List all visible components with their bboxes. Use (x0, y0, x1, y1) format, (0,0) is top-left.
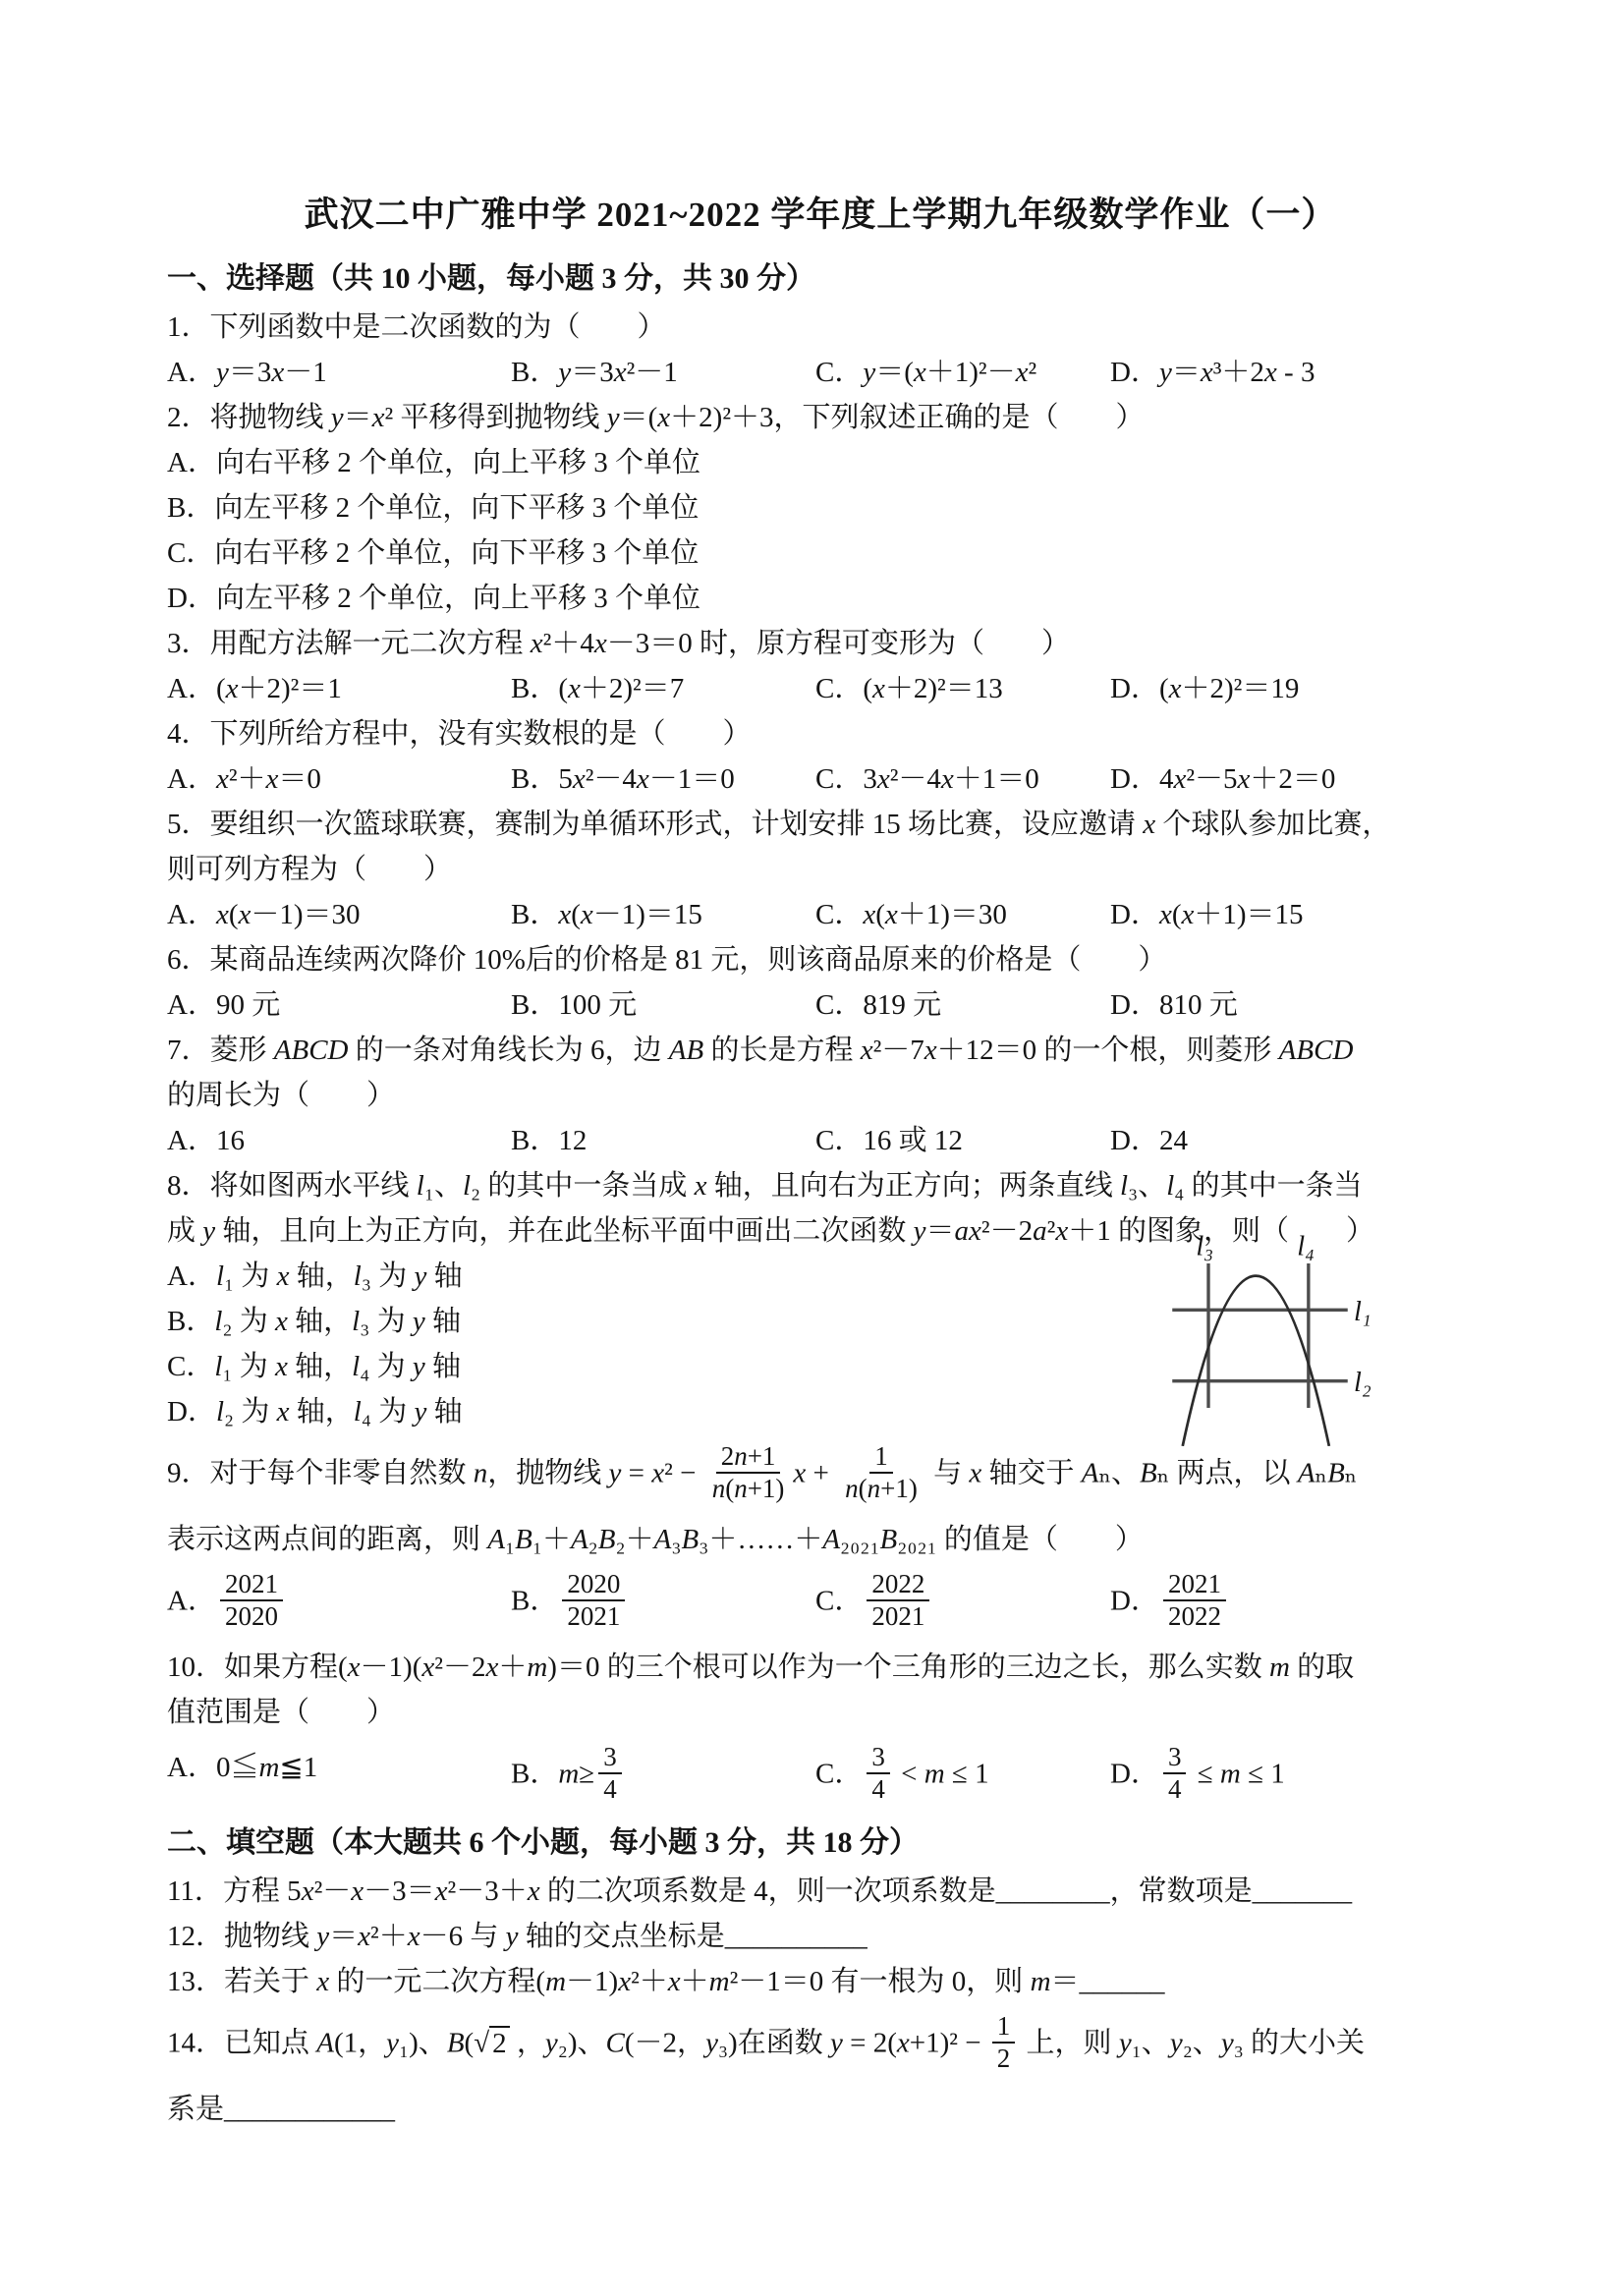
q7-stem-line2: 的周长为（ ） (167, 1073, 1474, 1118)
q9-stem-line1: 9．对于每个非零自然数 n，抛物线 y = x² − 2n+1n(n+1)x +… (167, 1434, 1474, 1517)
q1-options: A．y＝3x－1 B．y＝3x²－1 C．y＝(x＋1)²－x² D．y＝x³＋… (167, 350, 1474, 395)
label-l1: l₁ (1354, 1297, 1371, 1327)
q2-option-c: C．向右平移 2 个单位，向下平移 3 个单位 (167, 531, 1474, 576)
worksheet-content: 武汉二中广雅中学 2021~2022 学年度上学期九年级数学作业（一） 一、选择… (167, 189, 1474, 2132)
label-l3: l₃ (1196, 1232, 1213, 1262)
q1-option-a: A．y＝3x－1 (167, 350, 511, 395)
q4-option-b: B．5x²－4x－1＝0 (511, 756, 815, 802)
section-1-heading: 一、选择题（共 10 小题，每小题 3 分，共 30 分） (167, 253, 1474, 305)
q3-option-c: C．(x＋2)²＝13 (815, 666, 1110, 711)
q10-options: A．0≦m≦1 B．m≥34 C．34 < m ≤ 1 D．34 ≤ m ≤ 1 (167, 1735, 1474, 1818)
q4-option-a: A．x²＋x＝0 (167, 756, 511, 802)
q7-option-d: D．24 (1110, 1118, 1474, 1163)
q9-stem-line2: 表示这两点间的距离，则 A₁B₁＋A₂B₂＋A₃B₃＋……＋A₂₀₂₁B₂₀₂₁… (167, 1517, 1474, 1562)
q10-option-c: C．34 < m ≤ 1 (815, 1745, 1110, 1808)
q8-options-block: A．l₁ 为 x 轴，l₃ 为 y 轴 B．l₂ 为 x 轴，l₃ 为 y 轴 … (167, 1254, 1474, 1434)
q8-stem-line1: 8．将如图两水平线 l₁、l₂ 的其中一条当成 x 轴，且向右为正方向；两条直线… (167, 1163, 1474, 1208)
q2-option-a: A．向右平移 2 个单位，向上平移 3 个单位 (167, 440, 1474, 485)
q3-option-a: A．(x＋2)²＝1 (167, 666, 511, 711)
q12-stem: 12．抛物线 y＝x²＋x－6 与 y 轴的交点坐标是__________ (167, 1914, 1474, 1959)
q9-option-c: C．20222021 (815, 1572, 1110, 1635)
section-2-heading: 二、填空题（本大题共 6 个小题，每小题 3 分，共 18 分） (167, 1818, 1474, 1869)
q6-option-c: C．819 元 (815, 982, 1110, 1028)
q14-stem-line2: 系是____________ (167, 2087, 1474, 2132)
q3-option-d: D．(x＋2)²＝19 (1110, 666, 1474, 711)
q3-options: A．(x＋2)²＝1 B．(x＋2)²＝7 C．(x＋2)²＝13 D．(x＋2… (167, 666, 1474, 711)
q7-option-a: A．16 (167, 1118, 511, 1163)
q1-option-c: C．y＝(x＋1)²－x² (815, 350, 1110, 395)
q7-stem-line1: 7．菱形 ABCD 的一条对角线长为 6，边 AB 的长是方程 x²－7x＋12… (167, 1028, 1474, 1073)
q4-options: A．x²＋x＝0 B．5x²－4x－1＝0 C．3x²－4x＋1＝0 D．4x²… (167, 756, 1474, 802)
q7-options: A．16 B．12 C．16 或 12 D．24 (167, 1118, 1474, 1163)
q7-option-c: C．16 或 12 (815, 1118, 1110, 1163)
q4-option-c: C．3x²－4x＋1＝0 (815, 756, 1110, 802)
q6-option-a: A．90 元 (167, 982, 511, 1028)
q10-option-b: B．m≥34 (511, 1745, 815, 1808)
q5-option-c: C．x(x＋1)＝30 (815, 892, 1110, 937)
q1-stem: 1．下列函数中是二次函数的为（ ） (167, 305, 1474, 350)
q5-stem-line2: 则可列方程为（ ） (167, 847, 1474, 892)
q1-option-b: B．y＝3x²－1 (511, 350, 815, 395)
q2-option-d: D．向左平移 2 个单位，向上平移 3 个单位 (167, 576, 1474, 621)
q10-stem-line2: 值范围是（ ） (167, 1690, 1474, 1735)
q6-options: A．90 元 B．100 元 C．819 元 D．810 元 (167, 982, 1474, 1028)
q14-stem-line1: 14．已知点 A(1，y₁)、B(√2 ，y₂)、C(－2，y₃)在函数 y =… (167, 2004, 1474, 2087)
q5-stem-line1: 5．要组织一次篮球联赛，赛制为单循环形式，计划安排 15 场比赛，设应邀请 x … (167, 802, 1474, 847)
q1-option-d: D．y＝x³＋2x - 3 (1110, 350, 1474, 395)
page-title: 武汉二中广雅中学 2021~2022 学年度上学期九年级数学作业（一） (167, 189, 1474, 242)
q7-option-b: B．12 (511, 1118, 815, 1163)
q6-option-d: D．810 元 (1110, 982, 1474, 1028)
q10-stem-line1: 10．如果方程(x－1)(x²－2x＋m)＝0 的三个根可以作为一个三角形的三边… (167, 1645, 1474, 1690)
q8-figure: l₃ l₄ l₁ l₂ (1167, 1224, 1415, 1446)
q3-option-b: B．(x＋2)²＝7 (511, 666, 815, 711)
q4-option-d: D．4x²－5x＋2＝0 (1110, 756, 1474, 802)
q9-option-a: A．20212020 (167, 1572, 511, 1635)
worksheet-page: 武汉二中广雅中学 2021~2022 学年度上学期九年级数学作业（一） 一、选择… (0, 0, 1623, 2296)
q5-option-b: B．x(x－1)＝15 (511, 892, 815, 937)
q11-stem: 11．方程 5x²－x－3＝x²－3＋x 的二次项系数是 4，则一次项系数是__… (167, 1869, 1474, 1914)
label-l4: l₄ (1297, 1232, 1315, 1262)
q2-stem: 2．将抛物线 y＝x² 平移得到抛物线 y＝(x＋2)²＋3，下列叙述正确的是（… (167, 395, 1474, 440)
q10-option-a: A．0≦m≦1 (167, 1745, 511, 1808)
label-l2: l₂ (1354, 1368, 1371, 1398)
q13-stem: 13．若关于 x 的一元二次方程(m－1)x²＋x＋m²－1＝0 有一根为 0，… (167, 1959, 1474, 2004)
q5-options: A．x(x－1)＝30 B．x(x－1)＝15 C．x(x＋1)＝30 D．x(… (167, 892, 1474, 937)
q9-option-b: B．20202021 (511, 1572, 815, 1635)
q6-stem: 6．某商品连续两次降价 10%后的价格是 81 元，则该商品原来的价格是（ ） (167, 937, 1474, 982)
q9-options: A．20212020 B．20202021 C．20222021 D．20212… (167, 1562, 1474, 1645)
q9-option-d: D．20212022 (1110, 1572, 1474, 1635)
q5-option-d: D．x(x＋1)＝15 (1110, 892, 1474, 937)
q3-stem: 3．用配方法解一元二次方程 x²＋4x－3＝0 时，原方程可变形为（ ） (167, 621, 1474, 666)
q5-option-a: A．x(x－1)＝30 (167, 892, 511, 937)
q6-option-b: B．100 元 (511, 982, 815, 1028)
q4-stem: 4．下列所给方程中，没有实数根的是（ ） (167, 711, 1474, 756)
q10-option-d: D．34 ≤ m ≤ 1 (1110, 1745, 1474, 1808)
q2-option-b: B．向左平移 2 个单位，向下平移 3 个单位 (167, 485, 1474, 531)
